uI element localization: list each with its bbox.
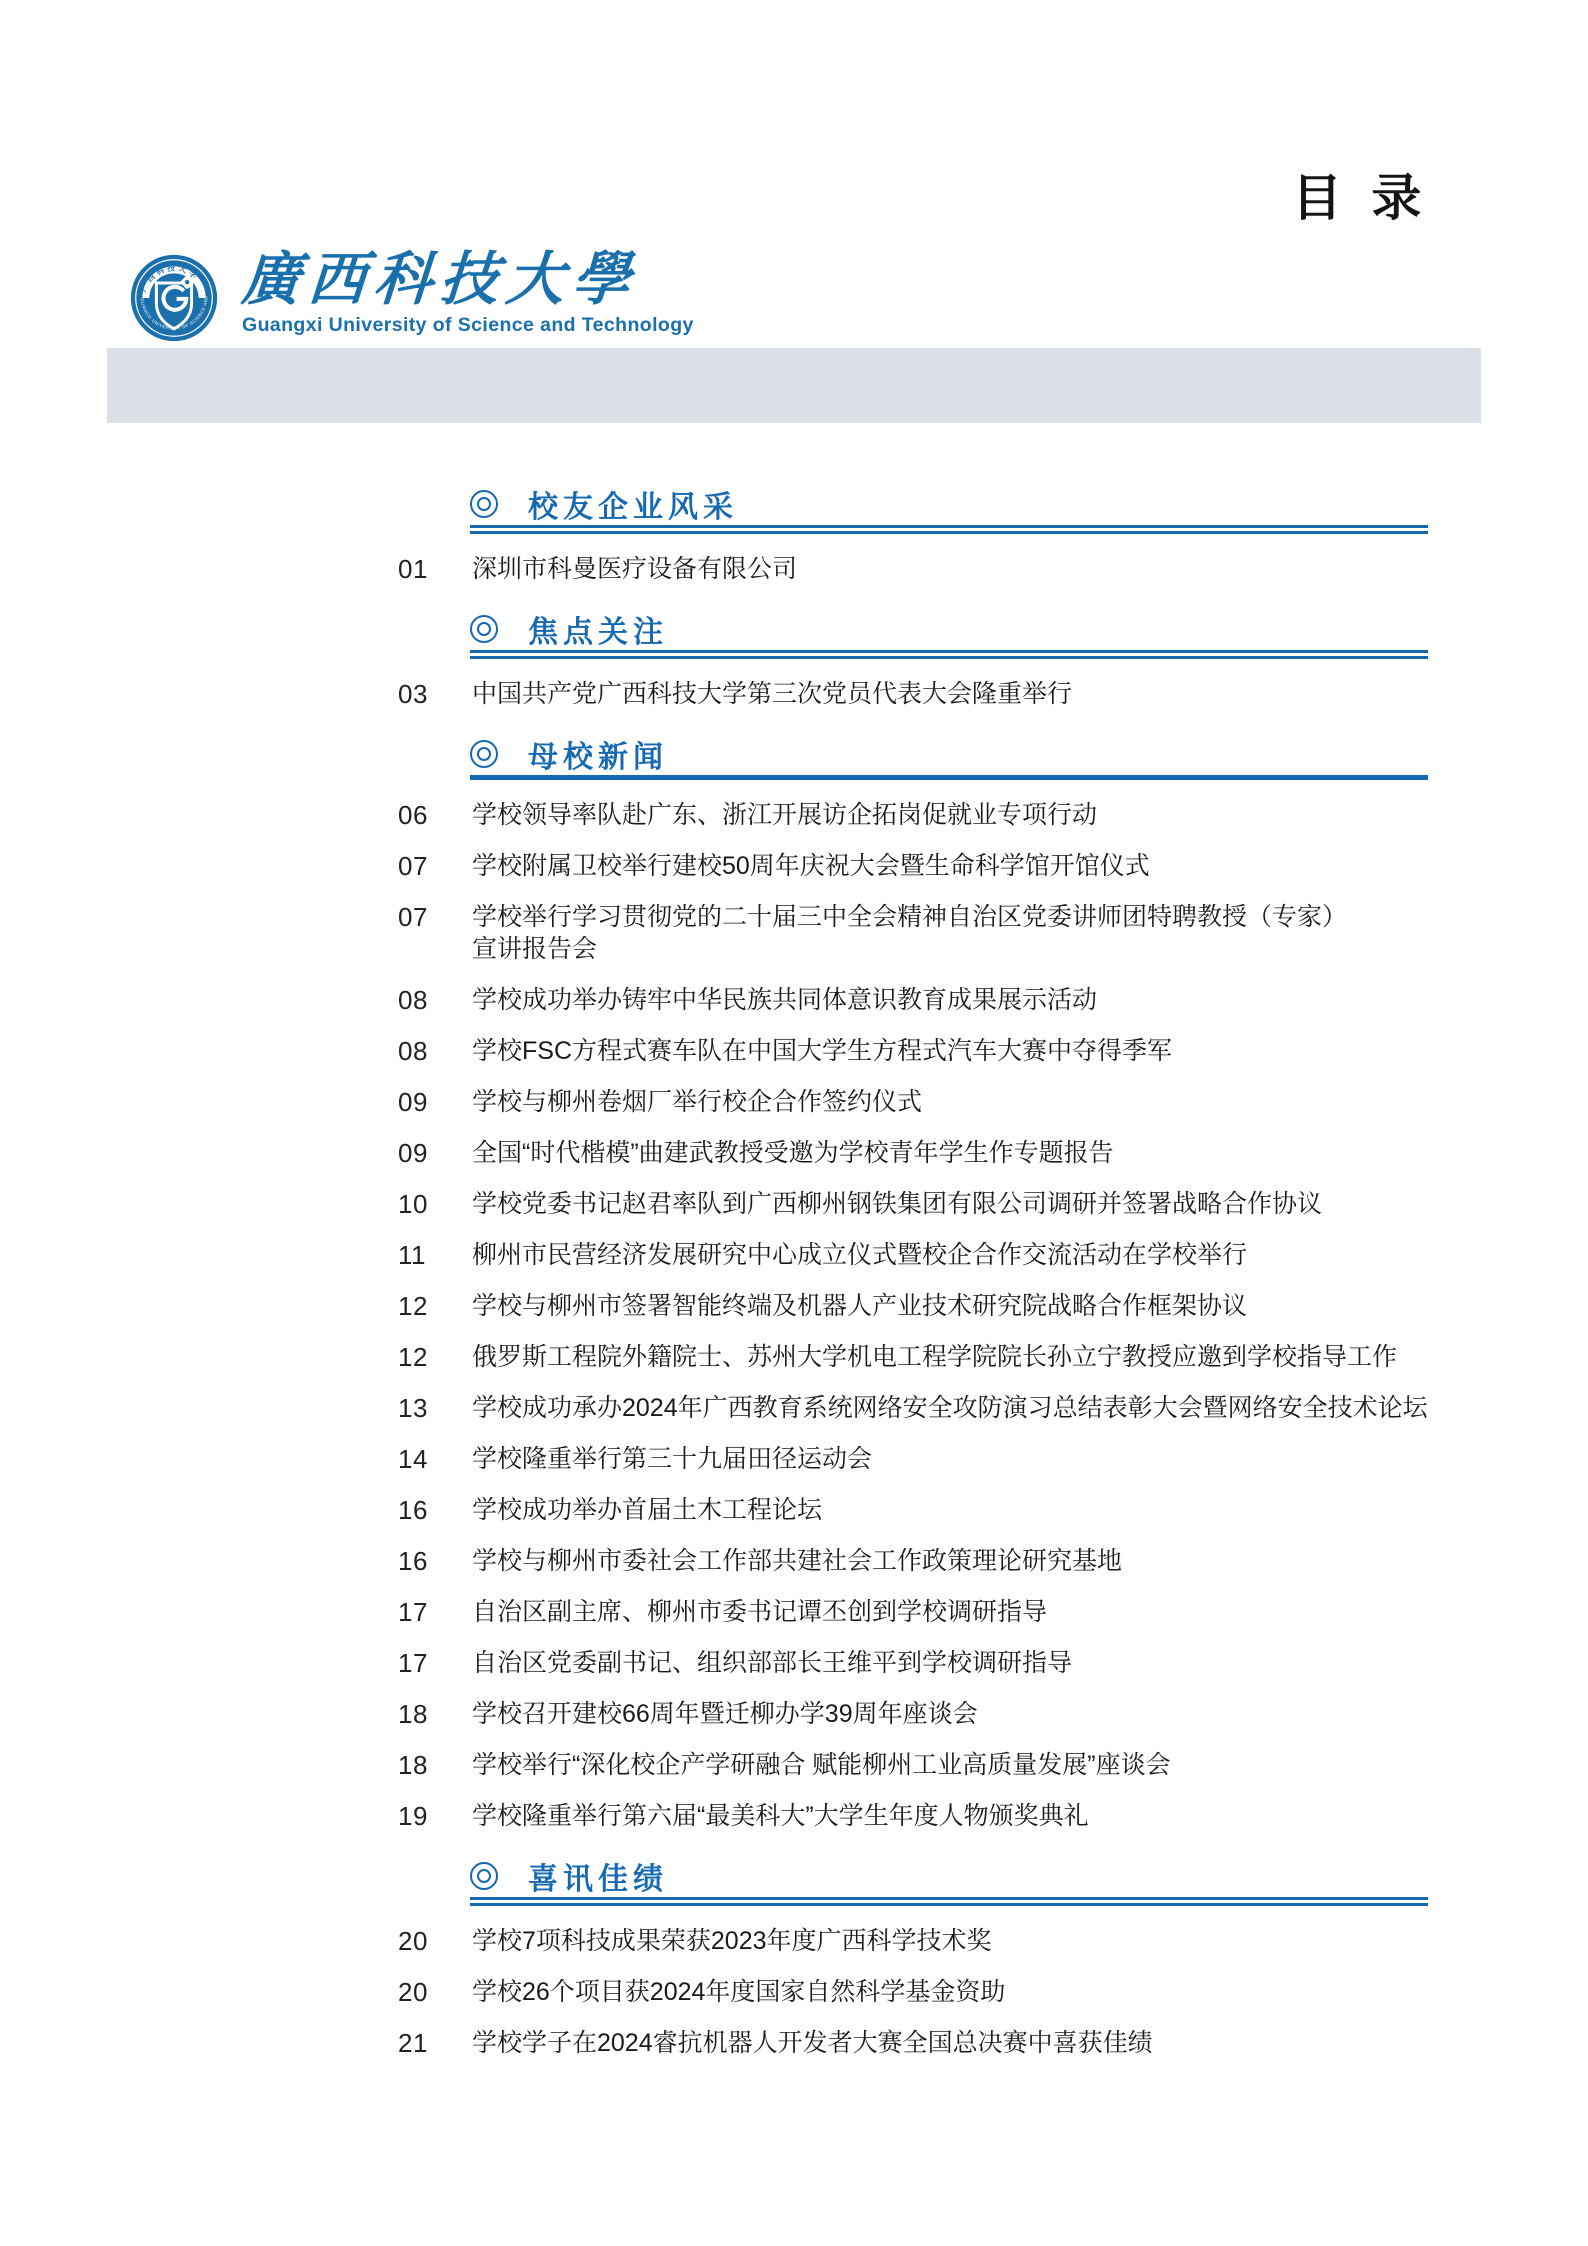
entry-page-number: 21 <box>398 2027 472 2059</box>
entry-title: 全国“时代楷模”曲建武教授受邀为学校青年学生作专题报告 <box>472 1137 1114 1169</box>
entry-title: 深圳市科曼医疗设备有限公司 <box>472 553 797 585</box>
section-header: 校友企业风采 <box>470 486 1442 522</box>
university-name-en: Guangxi University of Science and Techno… <box>242 314 694 337</box>
section-rule <box>470 1897 1428 1906</box>
toc-section: 校友企业风采 01 深圳市科曼医疗设备有限公司 <box>398 486 1442 585</box>
entry-title: 自治区党委副书记、组织部部长王维平到学校调研指导 <box>472 1647 1072 1679</box>
section-title: 焦点关注 <box>528 607 668 651</box>
entry-page-number: 12 <box>398 1290 472 1322</box>
entry-page-number: 08 <box>398 984 472 1016</box>
section-bullet-icon <box>470 490 498 518</box>
toc-entry: 09 学校与柳州卷烟厂举行校企合作签约仪式 <box>398 1086 1442 1118</box>
entry-page-number: 17 <box>398 1596 472 1628</box>
entry-title: 中国共产党广西科技大学第三次党员代表大会隆重举行 <box>472 678 1072 710</box>
toc-section: 焦点关注 03 中国共产党广西科技大学第三次党员代表大会隆重举行 <box>398 611 1442 710</box>
toc-entry: 17 自治区副主席、柳州市委书记谭丕创到学校调研指导 <box>398 1596 1442 1628</box>
toc-entry: 09 全国“时代楷模”曲建武教授受邀为学校青年学生作专题报告 <box>398 1137 1442 1169</box>
entry-page-number: 06 <box>398 799 472 831</box>
entry-title: 学校7项科技成果荣获2023年度广西科学技术奖 <box>472 1925 992 1957</box>
entry-title: 学校与柳州市委社会工作部共建社会工作政策理论研究基地 <box>472 1545 1122 1577</box>
entry-title: 学校隆重举行第六届“最美科大”大学生年度人物颁奖典礼 <box>472 1800 1089 1832</box>
toc-entry: 01 深圳市科曼医疗设备有限公司 <box>398 553 1442 585</box>
toc-entry: 20 学校26个项目获2024年度国家自然科学基金资助 <box>398 1976 1442 2008</box>
entry-page-number: 20 <box>398 1925 472 1957</box>
toc-entry: 21 学校学子在2024睿抗机器人开发者大赛全国总决赛中喜获佳绩 <box>398 2027 1442 2059</box>
entry-title: 学校成功承办2024年广西教育系统网络安全攻防演习总结表彰大会暨网络安全技术论坛 <box>472 1392 1428 1424</box>
entry-page-number: 12 <box>398 1341 472 1373</box>
section-header: 喜讯佳绩 <box>470 1858 1442 1894</box>
toc-section: 母校新闻 06 学校领导率队赴广东、浙江开展访企拓岗促就业专项行动 07 学校附… <box>398 736 1442 1832</box>
entry-page-number: 14 <box>398 1443 472 1475</box>
toc-entry: 16 学校成功举办首届土木工程论坛 <box>398 1494 1442 1526</box>
toc-entry: 10 学校党委书记赵君率队到广西柳州钢铁集团有限公司调研并签署战略合作协议 <box>398 1188 1442 1220</box>
section-rule <box>470 650 1428 659</box>
toc-entry: 17 自治区党委副书记、组织部部长王维平到学校调研指导 <box>398 1647 1442 1679</box>
section-header: 母校新闻 <box>470 736 1442 772</box>
entry-page-number: 18 <box>398 1749 472 1781</box>
entry-title: 学校附属卫校举行建校50周年庆祝大会暨生命科学馆开馆仪式 <box>472 850 1150 882</box>
toc-entry: 18 学校召开建校66周年暨迁柳办学39周年座谈会 <box>398 1698 1442 1730</box>
entry-title: 学校学子在2024睿抗机器人开发者大赛全国总决赛中喜获佳绩 <box>472 2027 1153 2059</box>
entry-title: 学校成功举办铸牢中华民族共同体意识教育成果展示活动 <box>472 984 1097 1016</box>
toc-entry: 07 学校举行学习贯彻党的二十届三中全会精神自治区党委讲师团特聘教授（专家） 宣… <box>398 901 1442 965</box>
entry-title: 学校与柳州市签署智能终端及机器人产业技术研究院战略合作框架协议 <box>472 1290 1247 1322</box>
toc-entry: 19 学校隆重举行第六届“最美科大”大学生年度人物颁奖典礼 <box>398 1800 1442 1832</box>
university-brand: 广西科技大学 GUANGXI UNIVERSITY OF SCIENCE AND… <box>130 248 694 342</box>
section-bullet-icon <box>470 1862 498 1890</box>
entry-page-number: 19 <box>398 1800 472 1832</box>
toc-entry: 08 学校FSC方程式赛车队在中国大学生方程式汽车大赛中夺得季军 <box>398 1035 1442 1067</box>
toc-entry: 12 俄罗斯工程院外籍院士、苏州大学机电工程学院院长孙立宁教授应邀到学校指导工作 <box>398 1341 1442 1373</box>
entry-title: 学校举行“深化校企产学研融合 赋能柳州工业高质量发展”座谈会 <box>472 1749 1171 1781</box>
entry-page-number: 11 <box>398 1239 472 1271</box>
entry-title: 学校举行学习贯彻党的二十届三中全会精神自治区党委讲师团特聘教授（专家） 宣讲报告… <box>472 901 1347 965</box>
entry-page-number: 08 <box>398 1035 472 1067</box>
toc-entry: 14 学校隆重举行第三十九届田径运动会 <box>398 1443 1442 1475</box>
toc-entry: 12 学校与柳州市签署智能终端及机器人产业技术研究院战略合作框架协议 <box>398 1290 1442 1322</box>
toc-entry: 20 学校7项科技成果荣获2023年度广西科学技术奖 <box>398 1925 1442 1957</box>
section-title: 校友企业风采 <box>528 482 738 526</box>
entry-page-number: 07 <box>398 901 472 933</box>
university-emblem-icon: 广西科技大学 GUANGXI UNIVERSITY OF SCIENCE AND… <box>130 254 218 342</box>
entry-page-number: 07 <box>398 850 472 882</box>
entry-title: 学校领导率队赴广东、浙江开展访企拓岗促就业专项行动 <box>472 799 1097 831</box>
toc-entry: 18 学校举行“深化校企产学研融合 赋能柳州工业高质量发展”座谈会 <box>398 1749 1442 1781</box>
entry-page-number: 13 <box>398 1392 472 1424</box>
university-name-block: 廣西科技大學 Guangxi University of Science and… <box>242 248 694 337</box>
section-bullet-icon <box>470 615 498 643</box>
section-title: 喜讯佳绩 <box>528 1854 668 1898</box>
entry-title: 学校党委书记赵君率队到广西柳州钢铁集团有限公司调研并签署战略合作协议 <box>472 1188 1322 1220</box>
section-bullet-icon <box>470 740 498 768</box>
page-title: 目 录 <box>1292 158 1427 230</box>
entry-title: 学校隆重举行第三十九届田径运动会 <box>472 1443 872 1475</box>
entry-page-number: 20 <box>398 1976 472 2008</box>
toc-entry: 06 学校领导率队赴广东、浙江开展访企拓岗促就业专项行动 <box>398 799 1442 831</box>
toc-entry: 13 学校成功承办2024年广西教育系统网络安全攻防演习总结表彰大会暨网络安全技… <box>398 1392 1442 1424</box>
entry-title: 学校召开建校66周年暨迁柳办学39周年座谈会 <box>472 1698 978 1730</box>
entry-title: 俄罗斯工程院外籍院士、苏州大学机电工程学院院长孙立宁教授应邀到学校指导工作 <box>472 1341 1397 1373</box>
section-header: 焦点关注 <box>470 611 1442 647</box>
entry-title: 学校26个项目获2024年度国家自然科学基金资助 <box>472 1976 1005 2008</box>
toc-page: 目 录 广西科技大学 GUANGXI UNIVERSITY OF SCIENCE… <box>0 0 1588 2246</box>
entry-title: 学校成功举办首届土木工程论坛 <box>472 1494 822 1526</box>
toc-entry: 07 学校附属卫校举行建校50周年庆祝大会暨生命科学馆开馆仪式 <box>398 850 1442 882</box>
toc: 校友企业风采 01 深圳市科曼医疗设备有限公司 焦点关注 03 中国共产党广西科… <box>398 486 1442 2059</box>
section-title: 母校新闻 <box>528 732 668 776</box>
entry-title: 学校与柳州卷烟厂举行校企合作签约仪式 <box>472 1086 922 1118</box>
entry-page-number: 10 <box>398 1188 472 1220</box>
entry-page-number: 09 <box>398 1137 472 1169</box>
entry-page-number: 16 <box>398 1545 472 1577</box>
entry-page-number: 16 <box>398 1494 472 1526</box>
header-band <box>107 348 1481 423</box>
entry-title: 自治区副主席、柳州市委书记谭丕创到学校调研指导 <box>472 1596 1047 1628</box>
section-rule <box>470 525 1428 534</box>
toc-entry: 03 中国共产党广西科技大学第三次党员代表大会隆重举行 <box>398 678 1442 710</box>
toc-entry: 11 柳州市民营经济发展研究中心成立仪式暨校企合作交流活动在学校举行 <box>398 1239 1442 1271</box>
entry-page-number: 17 <box>398 1647 472 1679</box>
toc-entry: 16 学校与柳州市委社会工作部共建社会工作政策理论研究基地 <box>398 1545 1442 1577</box>
entry-page-number: 03 <box>398 678 472 710</box>
toc-entry: 08 学校成功举办铸牢中华民族共同体意识教育成果展示活动 <box>398 984 1442 1016</box>
entry-page-number: 18 <box>398 1698 472 1730</box>
entry-page-number: 01 <box>398 553 472 585</box>
toc-section: 喜讯佳绩 20 学校7项科技成果荣获2023年度广西科学技术奖 20 学校26个… <box>398 1858 1442 2059</box>
entry-title: 柳州市民营经济发展研究中心成立仪式暨校企合作交流活动在学校举行 <box>472 1239 1247 1271</box>
entry-title: 学校FSC方程式赛车队在中国大学生方程式汽车大赛中夺得季军 <box>472 1035 1172 1067</box>
university-name-cn: 廣西科技大學 <box>240 248 696 312</box>
entry-page-number: 09 <box>398 1086 472 1118</box>
